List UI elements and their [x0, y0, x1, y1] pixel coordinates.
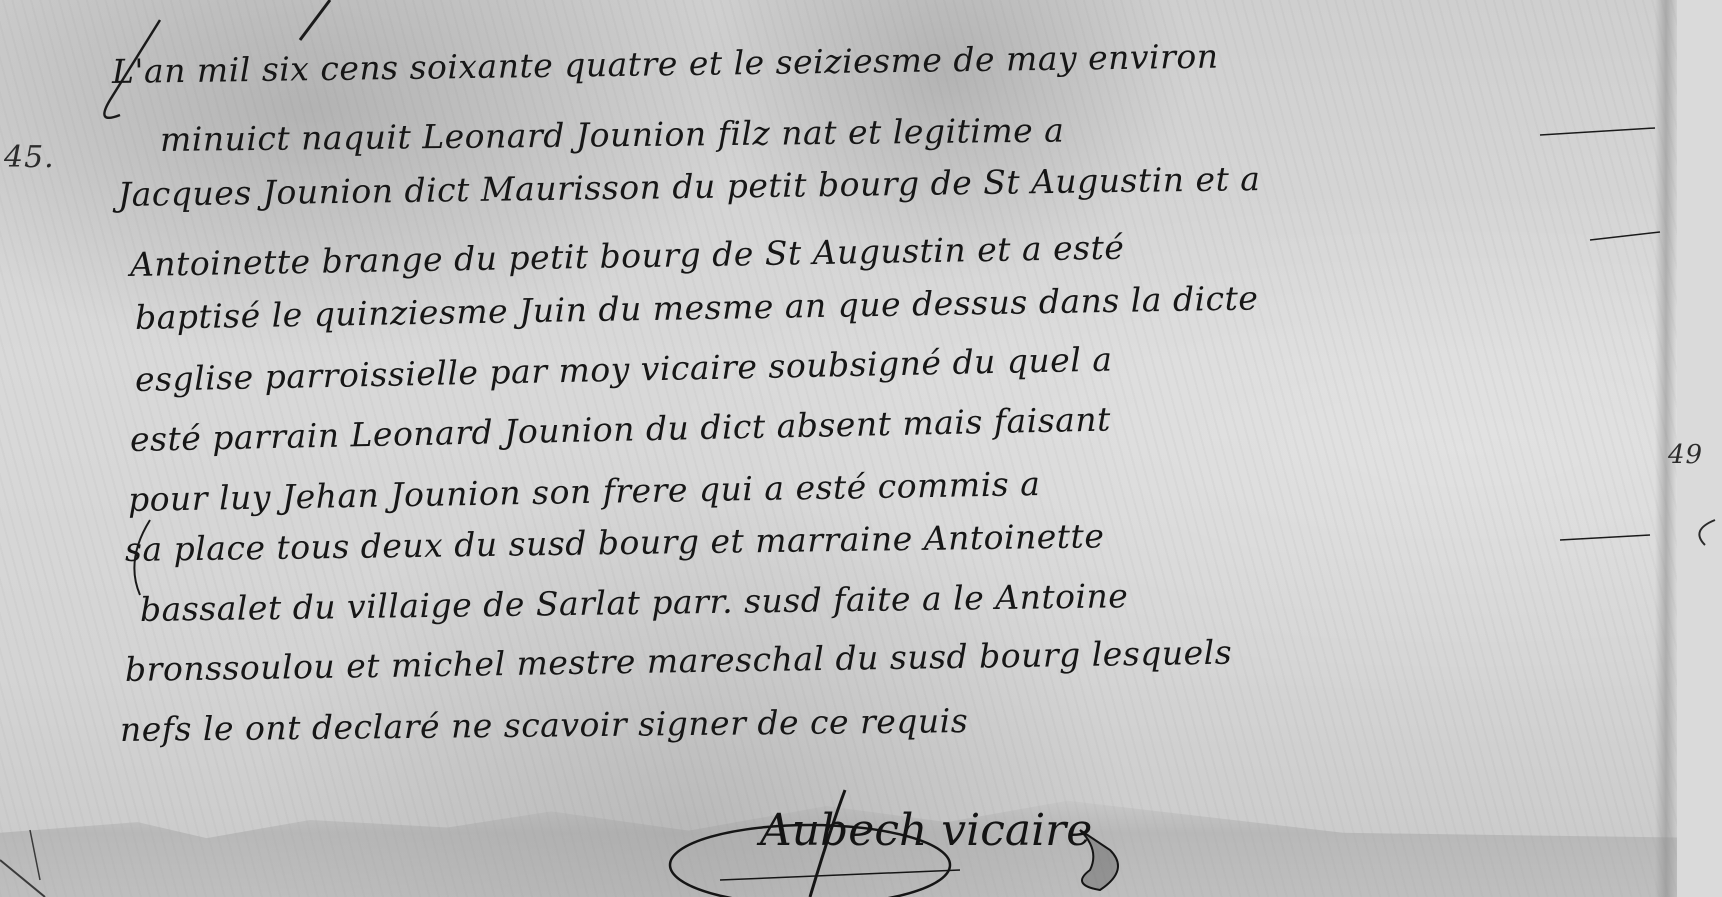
text-line-8: pour luy Jehan Jounion son frere qui a e… [128, 464, 1041, 519]
text-line-10: bassalet du villaige de Sarlat parr. sus… [140, 576, 1129, 629]
entry-number-left: 45. [4, 140, 55, 175]
text-line-3: Jacques Jounion dict Maurisson du petit … [118, 159, 1261, 214]
manuscript-page: 45. 49 L'an mil six cens soixante quatre… [0, 0, 1722, 897]
text-line-6: esglise parroissielle par moy vicaire so… [135, 340, 1113, 399]
text-line-7: esté parrain Leonard Jounion du dict abs… [130, 399, 1112, 459]
text-line-4: Antoinette brange du petit bourg de St A… [130, 228, 1125, 284]
text-line-11: bronssoulou et michel mestre mareschal d… [125, 633, 1233, 689]
entry-number-right: 49 [1668, 440, 1703, 470]
text-line-9: sa place tous deux du susd bourg et marr… [125, 516, 1105, 569]
text-line-12: nefs le ont declaré ne scavoir signer de… [120, 701, 969, 749]
vicar-signature: Aubech vicaire [760, 805, 1092, 856]
text-line-2: minuict naquit Leonard Jounion filz nat … [160, 111, 1065, 159]
text-line-5: baptisé le quinziesme Juin du mesme an q… [135, 278, 1259, 337]
text-line-1: L'an mil six cens soixante quatre et le … [112, 37, 1219, 91]
